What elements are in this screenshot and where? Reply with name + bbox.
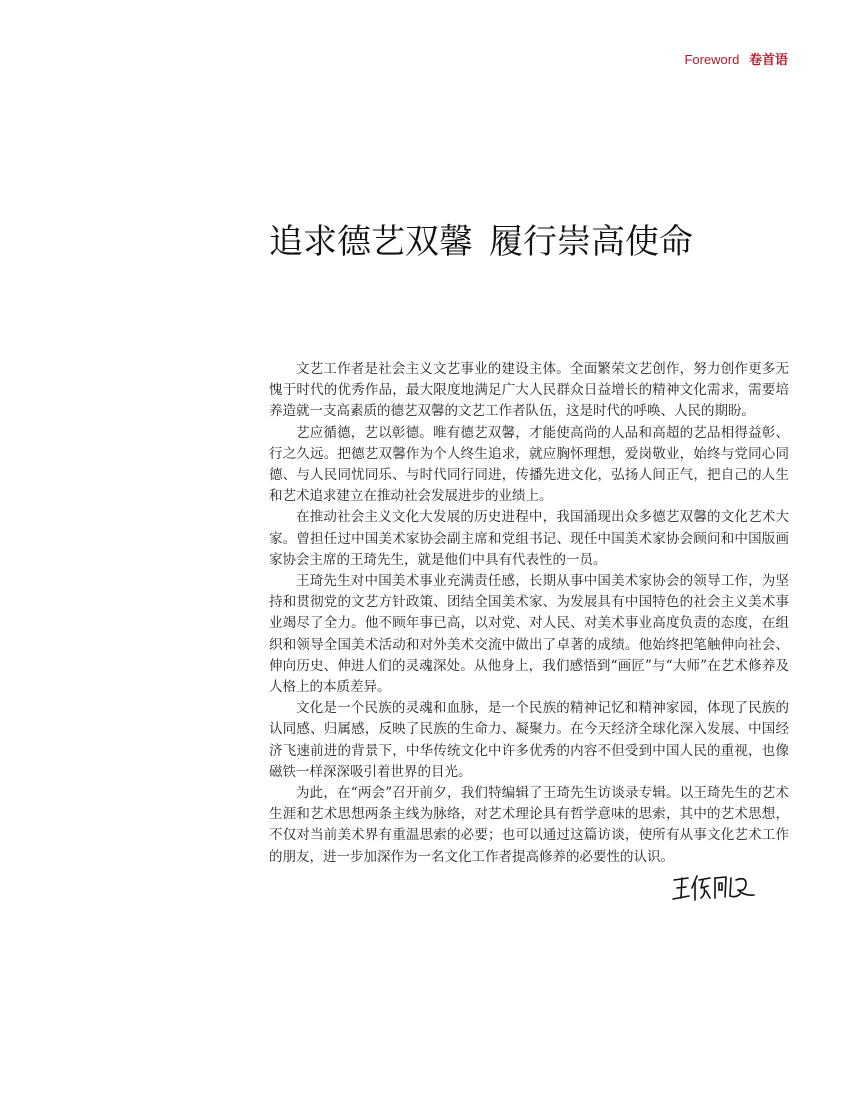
paragraph: 为此，在“两会”召开前夕，我们特编辑了王琦先生访谈录专辑。以王琦先生的艺术生涯和…	[269, 783, 789, 868]
paragraph: 艺应循德，艺以彰德。唯有德艺双馨，才能使高尚的人品和高超的艺品相得益彰、行之久远…	[269, 423, 789, 508]
section-label-en: Foreword	[684, 52, 739, 67]
paragraph: 文化是一个民族的灵魂和血脉，是一个民族的精神记忆和精神家园，体现了民族的认同感、…	[269, 698, 789, 783]
article-title: 追求德艺双馨履行崇高使命	[269, 214, 693, 263]
title-part-2: 履行崇高使命	[489, 222, 693, 262]
paragraph: 文艺工作者是社会主义文艺事业的建设主体。全面繁荣文艺创作，努力创作更多无愧于时代…	[269, 359, 789, 423]
signature-icon	[670, 868, 760, 908]
section-header: Foreword 卷首语	[684, 49, 788, 68]
article-body: 文艺工作者是社会主义文艺事业的建设主体。全面繁荣文艺创作，努力创作更多无愧于时代…	[269, 359, 789, 868]
title-part-1: 追求德艺双馨	[269, 222, 473, 262]
paragraph: 王琦先生对中国美术事业充满责任感，长期从事中国美术家协会的领导工作，为坚持和贯彻…	[269, 571, 789, 698]
paragraph: 在推动社会主义文化大发展的历史进程中，我国涌现出众多德艺双馨的文化艺术大家。曾担…	[269, 507, 789, 571]
section-label-zh: 卷首语	[749, 52, 788, 67]
